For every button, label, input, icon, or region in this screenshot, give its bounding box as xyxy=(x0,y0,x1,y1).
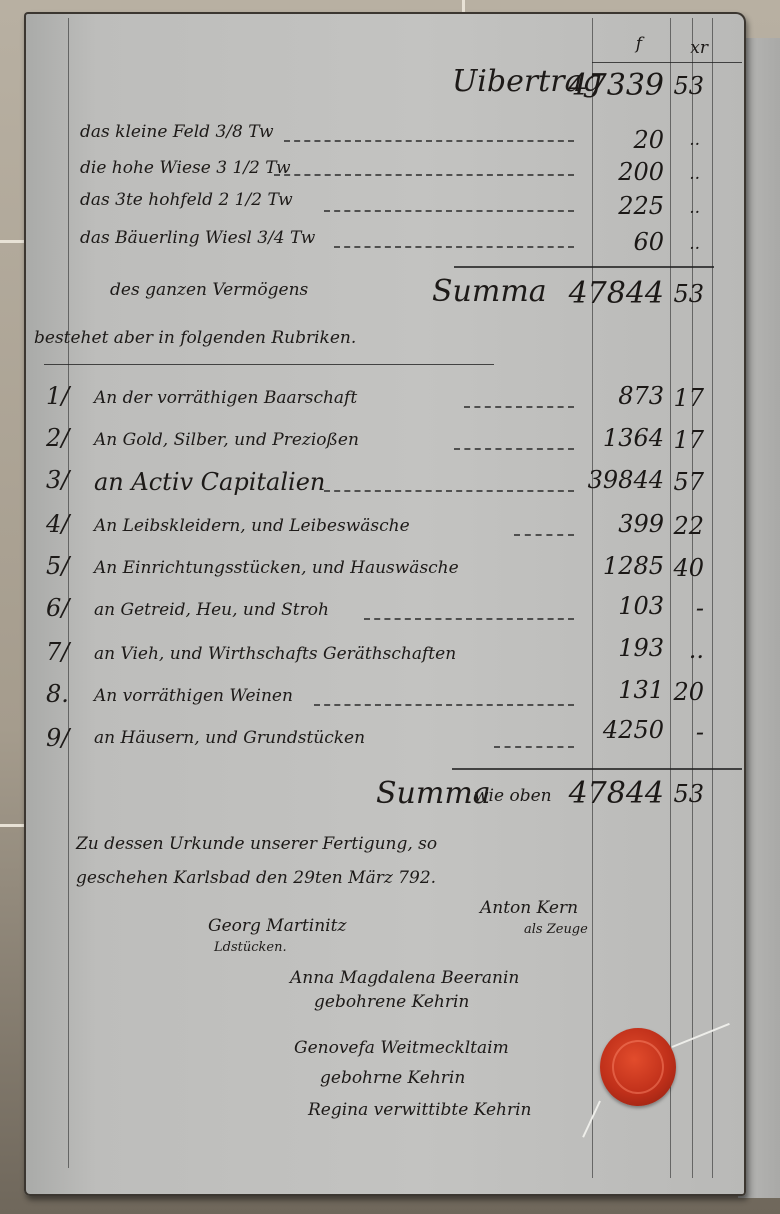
outer-rule xyxy=(712,18,713,1178)
signature-regina: Regina verwittibte Kehrin xyxy=(308,1100,532,1120)
closing-line-1: Zu dessen Urkunde unserer Fertigung, so xyxy=(76,834,437,854)
rubric-intro: bestehet aber in folgenden Rubriken. xyxy=(34,328,356,348)
signature-witness-2-role: als Zeuge xyxy=(524,922,588,937)
left-margin-rule xyxy=(68,18,69,1168)
carry-over-gulden: 47339 xyxy=(524,68,664,103)
sum-rule-2 xyxy=(452,768,742,770)
sum-rule xyxy=(454,266,714,268)
signature-genovefa: Genovefa Weitmeckltaim xyxy=(294,1038,509,1058)
signature-witness-1-mark: Ldstücken. xyxy=(214,940,287,955)
floor-tile-line xyxy=(0,240,24,243)
header-gulden: f xyxy=(612,34,642,54)
signature-anna: Anna Magdalena Beeranin xyxy=(290,968,519,988)
floor-tile-line xyxy=(462,0,465,12)
rubric-rule xyxy=(44,364,494,365)
wax-seal-icon xyxy=(600,1028,676,1106)
closing-line-2: geschehen Karlsbad den 29ten März 792. xyxy=(76,868,436,888)
total-gulden: 47844 xyxy=(524,276,664,311)
header-kreuzer: xr xyxy=(668,38,708,58)
total-2-gulden: 47844 xyxy=(524,776,664,811)
total-kreuzer: 53 xyxy=(664,280,704,308)
header-rule xyxy=(592,62,742,63)
signature-witness-2: Anton Kern xyxy=(480,898,578,918)
signature-witness-1: Georg Martinitz xyxy=(208,916,346,936)
floor-tile-line xyxy=(0,824,24,827)
signature-genovefa-line2: gebohrne Kehrin xyxy=(320,1068,465,1088)
total-prefix: des ganzen Vermögens xyxy=(110,280,308,300)
total-2-kreuzer: 53 xyxy=(664,780,704,808)
signature-anna-line2: gebohrene Kehrin xyxy=(314,992,469,1012)
ledger-page: f xr Uibertrag 47339 53 das kleine Feld … xyxy=(24,12,746,1196)
carry-over-kreuzer: 53 xyxy=(664,72,704,100)
